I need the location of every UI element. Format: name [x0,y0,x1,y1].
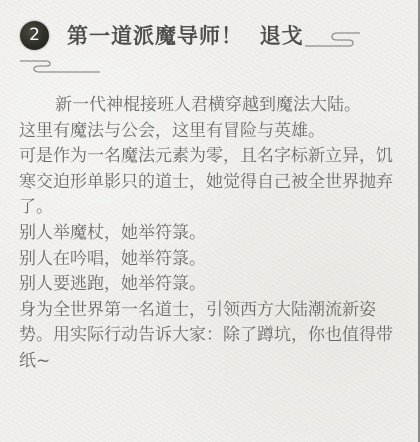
cloud-ornament-icon [18,58,103,76]
paragraph: 别人要逃跑，她举符箓。 [19,272,399,298]
paragraph: 新一代神棍接班人君横穿越到魔法大陆。 [19,93,399,119]
paragraph: 别人在吟唱，她举符箓。 [19,247,399,273]
number-badge: 2 [20,21,49,50]
paragraph: 身为全世界第一名道士，引领西方大陆潮流新姿势。用实际行动告诉大家：除了蹲坑，你也… [19,298,399,375]
section-title: 第一道派魔导师！ 退戈 [67,20,304,50]
paragraph: 可是作为一名魔法元素为零，且名字标新立异，饥寒交迫形单影只的道士，她觉得自己被全… [19,144,399,221]
synopsis-text: 新一代神棍接班人君横穿越到魔法大陆。 这里有魔法与公会，这里有冒险与英雄。 可是… [19,93,399,375]
cloud-ornament-icon [303,30,363,50]
badge-number: 2 [29,25,40,45]
paragraph: 这里有魔法与公会，这里有冒险与英雄。 [19,119,399,145]
paragraph: 别人举魔杖，她举符箓。 [19,221,399,247]
section-header: 2 第一道派魔导师！ 退戈 [20,20,304,50]
